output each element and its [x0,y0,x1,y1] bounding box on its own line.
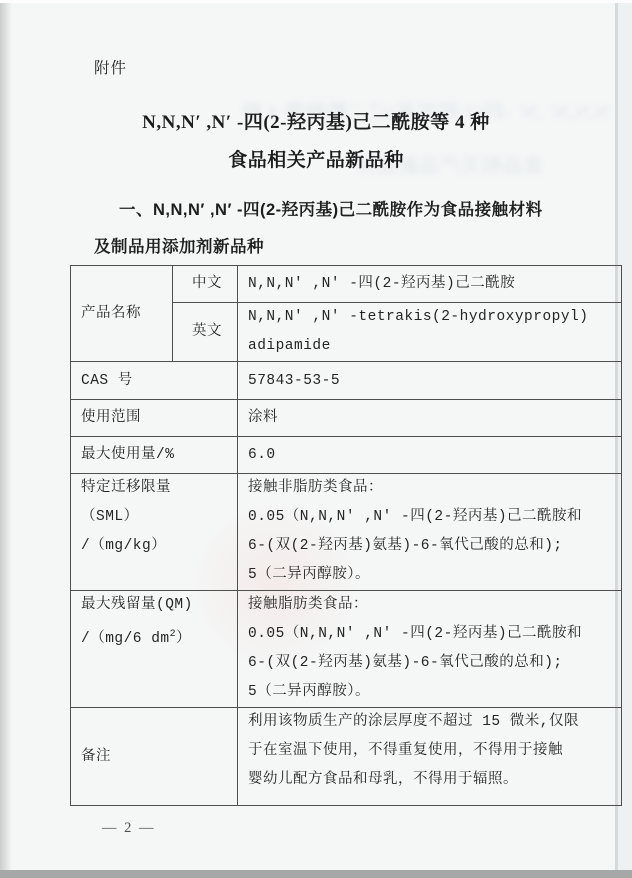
english-label-cell: 英文 [173,303,238,362]
sml-value-line4: 5（二异丙醇胺）。 [248,561,615,590]
table-row: 最大残留量(QM) /（mg/6 dm2） 接触脂肪类食品： 0.05（N,N,… [71,591,622,708]
scan-bottom-edge [0,870,632,878]
qm-value-line4: 5（二异丙醇胺）。 [248,678,615,707]
page-number: — 2 — [102,820,156,837]
qm-value-line2: 0.05（N,N,N′ ,N′ -四(2-羟丙基)己二酰胺和 [248,620,615,649]
table-row: CAS 号 57843-53-5 [71,362,622,400]
remarks-line1: 利用该物质生产的涂层厚度不超过 15 微米,仅限 [248,708,615,737]
english-name-cell: N,N,N′ ,N′ -tetrakis(2-hydroxypropyl) ad… [238,303,622,362]
product-spec-table: 产品名称 中文 N,N,N′ ,N′ -四(2-羟丙基)己二酰胺 英文 N,N,… [70,265,622,806]
remarks-line2: 于在室温下使用，不得重复使用，不得用于接触 [248,737,615,766]
qm-value-cell: 接触脂肪类食品： 0.05（N,N,N′ ,N′ -四(2-羟丙基)己二酰胺和 … [238,591,622,708]
chinese-label-cell: 中文 [173,266,238,303]
cas-value-cell: 57843-53-5 [238,362,622,400]
remarks-line3: 婴幼儿配方食品和母乳，不得用于辐照。 [248,766,615,795]
english-name-line1: N,N,N′ ,N′ -tetrakis(2-hydroxypropyl) [248,303,615,332]
sml-value-line1: 接触非脂肪类食品： [248,474,615,503]
document-title-line2: 食品相关产品新品种 [0,142,632,180]
sml-label-line2: （SML） [81,503,231,532]
sml-label-cell: 特定迁移限量 （SML） /（mg/kg） [71,474,238,591]
document-title: N,N,N′ ,N′ -四(2-羟丙基)己二酰胺等 4 种 食品相关产品新品种 [0,104,632,180]
document-title-line1: N,N,N′ ,N′ -四(2-羟丙基)己二酰胺等 4 种 [0,104,632,142]
sml-value-line2: 0.05（N,N,N′ ,N′ -四(2-羟丙基)己二酰胺和 [248,503,615,532]
qm-label-cell: 最大残留量(QM) /（mg/6 dm2） [71,591,238,708]
scanned-document-page: N,N,N′ ,N′ -四(2-羟丙基)己二酰胺等 4 种 食品相关产品新品种 … [0,0,632,878]
usage-scope-value-cell: 涂料 [238,400,622,437]
product-name-label-cell: 产品名称 [71,266,173,362]
attachment-label: 附件 [94,56,127,78]
remarks-value-cell: 利用该物质生产的涂层厚度不超过 15 微米,仅限 于在室温下使用，不得重复使用，… [238,708,622,806]
table-row: 产品名称 中文 N,N,N′ ,N′ -四(2-羟丙基)己二酰胺 [71,266,622,303]
table-row: 最大使用量/% 6.0 [71,437,622,474]
chinese-name-cell: N,N,N′ ,N′ -四(2-羟丙基)己二酰胺 [238,266,622,303]
max-usage-label-cell: 最大使用量/% [71,437,238,474]
max-usage-value-cell: 6.0 [238,437,622,474]
remarks-label-cell: 备注 [71,708,238,806]
section-heading-line2: 及制品用添加剂新品种 [94,233,264,257]
sml-value-line3: 6-(双(2-羟丙基)氨基)-6-氧代己酸的总和); [248,532,615,561]
table-row: 特定迁移限量 （SML） /（mg/kg） 接触非脂肪类食品： 0.05（N,N… [71,474,622,591]
scan-top-edge [0,0,632,3]
usage-scope-label-cell: 使用范围 [71,400,238,437]
qm-label-line1: 最大残留量(QM) [81,591,231,620]
table-row: 使用范围 涂料 [71,400,622,437]
sml-label-line3: /（mg/kg） [81,532,231,561]
english-name-line2: adipamide [248,332,615,361]
cas-label-cell: CAS 号 [71,362,238,400]
qm-value-line1: 接触脂肪类食品： [248,591,615,620]
table-row: 备注 利用该物质生产的涂层厚度不超过 15 微米,仅限 于在室温下使用，不得重复… [71,708,622,806]
qm-value-line3: 6-(双(2-羟丙基)氨基)-6-氧代己酸的总和); [248,649,615,678]
qm-label-line2: /（mg/6 dm2） [81,620,231,654]
sml-value-cell: 接触非脂肪类食品： 0.05（N,N,N′ ,N′ -四(2-羟丙基)己二酰胺和… [238,474,622,591]
section-heading-line1: 一、N,N,N′ ,N′ -四(2-羟丙基)己二酰胺作为食品接触材料 [119,196,543,220]
sml-label-line1: 特定迁移限量 [81,474,231,503]
